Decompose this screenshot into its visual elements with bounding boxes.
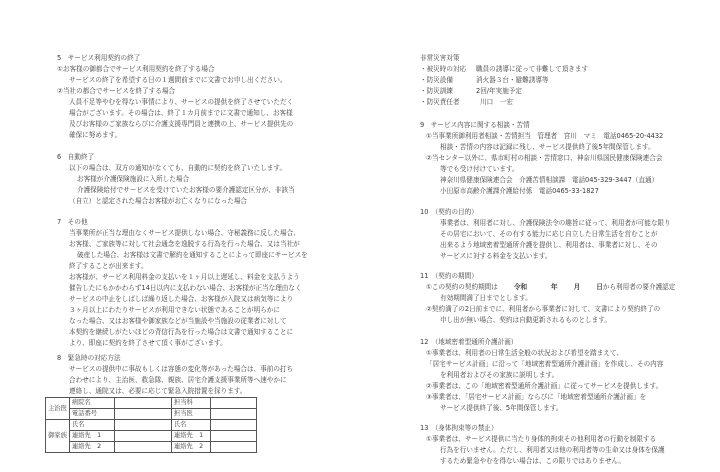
department-field[interactable] [210,398,256,409]
section-12-line: ③事業者は、「居宅サービス計画」ならびに「地域密着型通所介護計画」を [420,392,646,403]
disaster-value: 2回/年実施予定 [476,87,522,95]
section-12-line: ②事業者は、この「地域密着型通所介護計画」に従ってサービスを提供します。 [420,381,662,392]
section-11-item-1: ①この契約の契約期間は令和年月日から利用者の要介護認定 [420,282,675,293]
section-8-line: 合わせにより、主治医、救急隊、親族、居宅介護支援事業所等へ速やかに [57,375,287,386]
table-row: 連絡先 1 連絡先 1 [46,431,257,442]
contact-1-label-2: 連絡先 1 [171,431,210,442]
disaster-label: ・防災責任者 [420,97,480,108]
section-7-line: お客様、ご家族等に対して社会通念を逸脱する行為を行った場合、又は当社が [57,239,300,250]
attending-physician-label: 主治医 [46,398,70,420]
section-9-line: 小田原市高齢介護課介護給付係 電話0465-33-1827 [420,186,599,197]
section-6-heading: 6 自動終了 [57,152,94,163]
section-10-line: 出来るよう地域密着型通所介護を提供し、利用者は、事業者に対し、その [420,240,658,251]
contract-period-prefix: ①この契約の契約期間は [426,283,498,291]
disaster-label: ・防災訓練 [420,86,476,97]
section-7-line: ３ヶ月以上にわたりサービスが利用できない状態であることが明らかに [57,305,280,316]
family-label: 御家族 [46,420,70,453]
day-label: 日 [596,283,603,291]
contact-2-label-2: 連絡先 2 [171,442,210,453]
section-7-line: 終了することが出来ます。 [57,261,148,272]
section-5-item-2-title: ②当社の都合でサービスを終了する場合 [57,86,175,97]
section-9-line: 神奈川県健康保険連合会 介護苦情相談課 電話045-329-3447（直通） [420,175,658,186]
section-9-line: 等でも受け付けています。 [420,164,519,175]
section-5-item-2-line: 及びお客様のご家族ならびに介護支援専門員と連携の上、サービス提供先の [57,119,293,130]
disaster-row: ・防災責任者川口 一宏 [420,97,513,108]
section-8-line: サービスの提供中に事故もしくは容態の変化等があった場合は、事前の打ち [57,364,293,375]
table-row: 主治医 病院名 担当科 [46,398,257,409]
section-13-line: するため緊急やむを得ない場合は、この限りではありません。 [420,456,625,467]
doctor-field[interactable] [210,409,256,420]
section-5-heading: 5 サービス利用契約の終了 [57,53,140,64]
disaster-value: 消火器３台・避難誘導等 [476,76,549,84]
contact-1-label: 連絡先 1 [69,431,114,442]
section-5-item-2-line: 確保に努めます。 [57,130,121,141]
department-label: 担当科 [171,398,210,409]
family-name-field[interactable] [114,420,171,431]
section-6-line: 以下の場合は、双方の通知がなくても、自動的に契約を終了いたします。 [57,163,286,174]
disaster-heading: 非常災害対策 [420,53,460,64]
disaster-row: ・被災時の対応職員の誘導に従って非難して頂きます [420,64,588,75]
contact-1-field[interactable] [114,431,171,442]
disaster-row: ・防災訓練2回/年実施予定 [420,86,522,97]
section-13-line: 行為を行いません。ただし、利用者又は他の利用者等の生命又は身体を保護 [420,445,665,456]
contact-2-label: 連絡先 2 [69,442,114,453]
family-name-field-2[interactable] [210,420,256,431]
section-5-item-2-line: 場合がございます。その場合は、終了１カ月前までに文書で通知し、お客様 [57,108,293,119]
section-12-line: を利用者およびその家族に説明します。 [420,370,558,381]
section-12-line: サービス提供終了後、5年間保管します。 [420,403,562,414]
section-8-heading: 8 緊急時の対応方法 [57,353,121,364]
section-5-item-1-title: ①お客様の御都合でサービス利用契約を終了する場合 [57,64,215,75]
section-11-item-2: ②契約満了の2日前までに、利用者から事業者に対して、文書により契約終了の [420,304,660,315]
section-10-line: 事業者は、利用者に対し、介護保険法令の趣旨に従って、利用者が可能な限り [420,218,671,229]
section-12-heading: 12 （地域密着型通所介護計画） [420,337,517,348]
section-10-heading: 10 （契約の目的） [420,207,478,218]
section-9-heading: 9 サービス内容に関する相談・苦情 [420,120,530,131]
section-7-line: 催告したにもかかわらず14日以内に支払わない場合、お客様が正当な理由なく [57,283,302,294]
section-9-line: ①当事業所御利用者相談・苦情担当 管理者 宮川 マミ 電話0465-20-443… [420,131,663,142]
section-11-heading: 11 （契約の期間） [420,271,478,282]
section-9-line: 相談・苦情の内容は記録に残し、サービス提供終了後5年間保管します。 [420,142,655,153]
contact-2-field-2[interactable] [210,442,256,453]
section-7-line: 破産した場合、お客様は文書で解約を通知することによって即座にサービスを [57,250,308,261]
section-13-heading: 13 （身体拘束等の禁止） [420,423,498,434]
section-10-line: サービスに対する料金を支払います。 [420,251,552,262]
section-6-line: （自立）と認定された場合お客様がお亡くなりになった場合 [57,196,247,207]
disaster-value: 川口 一宏 [480,98,513,106]
hospital-name-field[interactable] [114,398,171,409]
table-row: 連絡先 2 連絡先 2 [46,442,257,453]
contract-period-suffix: から利用者の要介護認定 [603,283,676,291]
section-5-item-1-body: サービスの終了を希望する日の１週間前までに文書でお申し出ください。 [57,75,287,86]
section-7-line: お客様が、サービス利用料金の支払いを１ヶ月以上遅延し、料金を支払うよう [57,272,300,283]
phone-number-label: 電話番号 [69,409,114,420]
section-8-line: 連絡し、通院又は、必要に応じて緊急入院措置を採ります。 [57,386,247,397]
contact-2-field[interactable] [114,442,171,453]
section-7-line: より、即座に契約を終了させて頂く事がございます。 [57,338,227,349]
disaster-value: 職員の誘導に従って非難して頂きます [476,65,588,73]
family-name-label-2: 氏名 [171,420,210,431]
emergency-contact-table: 主治医 病院名 担当科 電話番号 担当医 御家族 氏名 氏名 連絡先 1 連絡先… [45,397,257,453]
era-label: 令和 [514,283,527,291]
section-11-item-1-cont: 有効期間満了日までとします。 [420,293,532,304]
section-7-heading: 7 その他 [57,217,88,228]
disaster-row: ・防災設備消火器３台・避難誘導等 [420,75,549,86]
disaster-label: ・被災時の対応 [420,64,476,75]
section-13-line: ①事業者は、サービス提供に当たり身体的拘束その他利用者の行動を制限する [420,434,656,445]
section-9-line: ②当センター以外に、県市町村の相談・苦情窓口、神奈川県国民健康保険連合会 [420,153,662,164]
contact-1-field-2[interactable] [210,431,256,442]
disaster-label: ・防災設備 [420,75,476,86]
section-5-item-2-line: 人員不足等やむを得ない事情により、サービスの提供を終了させていただく [57,97,293,108]
section-10-line: その居宅において、その有する能力に応じ自立した日常生活を営むことが [420,229,657,240]
section-12-line: 「居宅サービス計画」に沿って「地域密着型通所介護計画」を作成し、その内容 [420,359,663,370]
hospital-name-label: 病院名 [69,398,114,409]
month-label: 月 [574,283,581,291]
year-label: 年 [551,283,558,291]
section-6-line: 介護保険給付でサービスを受けていたお客様の要介護認定区分が、非該当 [57,185,295,196]
table-row: 電話番号 担当医 [46,409,257,420]
section-6-line: お客様が介護保険施設に入所した場合 [57,174,189,185]
section-11-item-2-cont: 申し出が無い場合、契約は自動更新されるものとします。 [420,315,611,326]
section-12-line: ①事業者は、利用者の日常生活全般の状況および希望を踏まえて、 [420,348,623,359]
doctor-label: 担当医 [171,409,210,420]
phone-number-field[interactable] [114,409,171,420]
section-7-line: 当事業所が正当な理由なくサービス提供しない場合、守秘義務に反した場合、 [57,228,300,239]
section-7-line: サービスの中止をしばしば繰り返した場合、お客様が入院又は病気等により [57,294,293,305]
family-name-label: 氏名 [69,420,114,431]
table-row: 御家族 氏名 氏名 [46,420,257,431]
section-7-line: 本契約を継続しがたいほどの背信行為を行った場合は文書で通知することに [57,327,293,338]
section-7-line: なった場合、又はお客様や御家族などが当施設や当施設の従業者に対して [57,316,287,327]
